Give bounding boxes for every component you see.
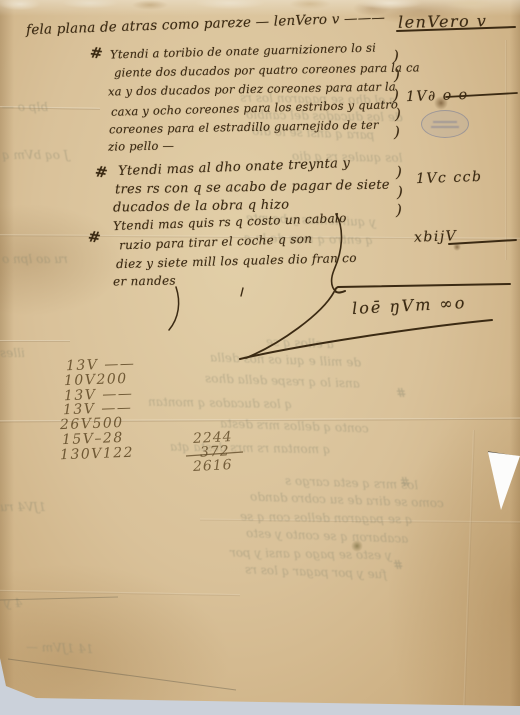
showthrough-text: q los ducados q montan	[148, 395, 292, 412]
showthrough-text: blp o —	[2, 100, 48, 114]
entry-hash-mark: #	[94, 162, 109, 182]
ledger-figure: 130V122	[60, 445, 135, 464]
entry-amount: 1V∂ o o	[406, 87, 469, 105]
line-end-paren: )	[393, 86, 399, 104]
showthrough-hash-mark: #	[393, 558, 403, 572]
showthrough-text: illes	[0, 346, 25, 360]
entry-hash-mark: #	[89, 43, 104, 63]
line-end-paren: )	[396, 201, 402, 219]
showthrough-text: 14 1JVm —	[26, 640, 94, 656]
stamp-text-line	[431, 126, 459, 128]
showthrough-text: 4 y	[4, 596, 22, 610]
fold-crease	[463, 430, 475, 715]
entry-amount: 1Vc ccb	[416, 169, 483, 187]
entry-line: er nandes	[113, 273, 176, 288]
showthrough-text: a ellos q se	[266, 335, 334, 351]
oval-archive-stamp-icon	[421, 110, 469, 138]
showthrough-text: ru ao lpn o	[2, 252, 68, 266]
manuscript-scan: q el dho se pagaron los rs de los ducado…	[0, 0, 520, 715]
fold-crease	[505, 40, 507, 260]
entry-hash-mark: #	[87, 227, 102, 247]
ledger-sum: 2616	[193, 457, 233, 475]
money-column-heading: lenVero v	[398, 11, 488, 32]
showthrough-text: 1JV4 ru	[0, 500, 46, 514]
line-end-paren: )	[393, 47, 399, 65]
showthrough-text: y esto se pago q ansi y por	[230, 546, 392, 563]
line-end-paren: )	[394, 66, 400, 84]
showthrough-hash-mark: #	[400, 475, 410, 489]
line-end-paren: )	[394, 123, 400, 141]
entry-line: zio pello —	[108, 138, 174, 153]
showthrough-text: J oq bVm q	[2, 148, 69, 162]
fold-crease	[0, 340, 70, 342]
line-end-paren: )	[396, 163, 402, 181]
showthrough-text: q se pagaron dellos con q se	[240, 509, 413, 526]
fold-crease	[0, 590, 240, 596]
stamp-text-line	[433, 121, 457, 123]
line-end-paren: )	[397, 183, 403, 201]
entry-amount: xbijV	[414, 228, 458, 246]
line-end-paren: )	[395, 105, 401, 123]
showthrough-hash-mark: #	[396, 386, 406, 400]
